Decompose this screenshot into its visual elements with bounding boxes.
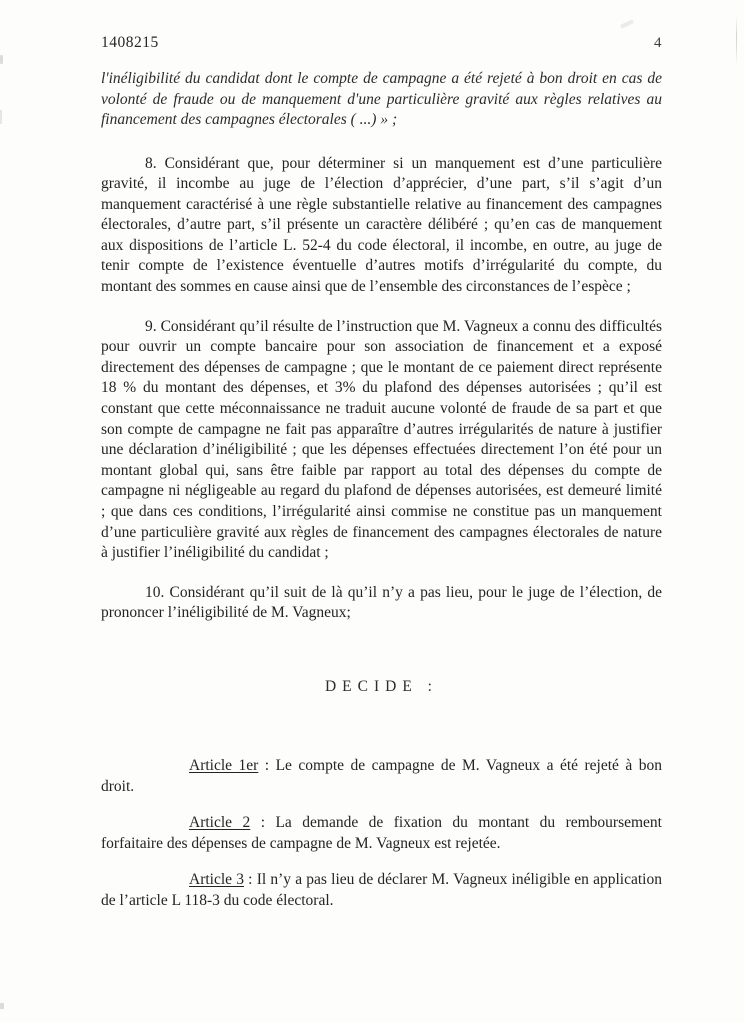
decision-heading: DECIDE : <box>101 678 662 696</box>
page-header: 1408215 4 <box>101 34 662 52</box>
article-2-text: : La demande de fixation du montant du r… <box>101 814 662 852</box>
document-number: 1408215 <box>101 34 159 52</box>
article-3-text: : Il n’y a pas lieu de déclarer M. Vagne… <box>101 871 662 909</box>
article-1-text: : Le compte de campagne de M. Vagneux a … <box>101 757 662 795</box>
article-1: Article 1er : Le compte de campagne de M… <box>101 756 662 797</box>
paragraph-considerant-10: 10. Considérant qu’il suit de là qu’il n… <box>101 583 662 624</box>
scan-artifact-right-edge <box>736 16 737 64</box>
scan-artifact-left-mark <box>0 110 2 124</box>
article-3-label: Article 3 <box>189 871 244 888</box>
article-1-label: Article 1er <box>189 757 258 774</box>
article-3: Article 3 : Il n’y a pas lieu de déclare… <box>101 870 662 911</box>
article-2: Article 2 : La demande de fixation du mo… <box>101 813 662 854</box>
articles-section: Article 1er : Le compte de campagne de M… <box>101 756 662 912</box>
scan-artifact-smudge <box>620 19 634 29</box>
paragraph-considerant-9: 9. Considérant qu’il résulte de l’instru… <box>101 317 662 564</box>
document-page: 1408215 4 l'inéligibilité du candidat do… <box>0 0 744 1023</box>
article-2-label: Article 2 <box>189 814 250 831</box>
paragraph-considerant-8: 8. Considérant que, pour déterminer si u… <box>101 154 662 298</box>
scan-artifact-left-mark <box>0 55 3 64</box>
scan-artifact-bottom-mark <box>0 1003 4 1009</box>
quoted-legal-text: l'inéligibilité du candidat dont le comp… <box>101 69 662 131</box>
page-number: 4 <box>654 35 662 52</box>
